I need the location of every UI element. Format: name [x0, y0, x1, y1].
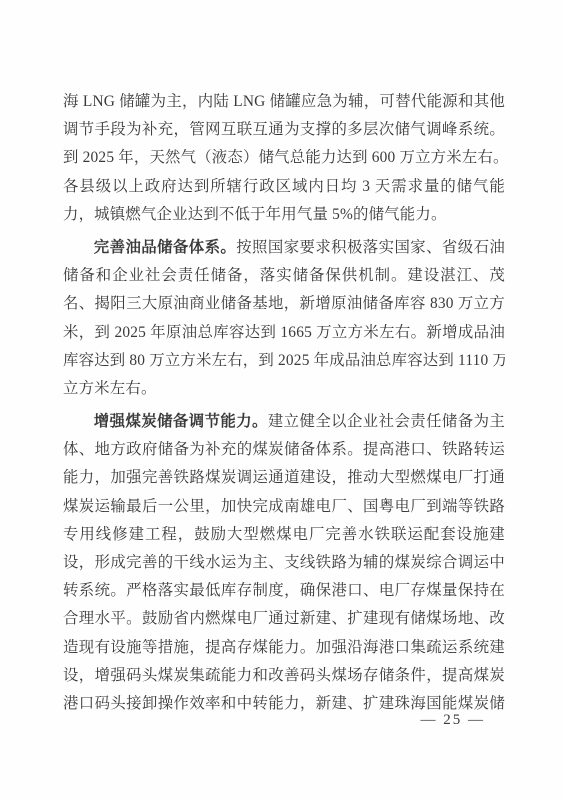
text-run: 建立健全以企业社会责任储备为主: [268, 413, 505, 430]
paragraph-gas-storage: 海 LNG 储罐为主，内陆 LNG 储罐应急为辅，可替代能源和其他 调节手段为补…: [63, 88, 505, 229]
text-line: 库容达到 80 万立方米左右，到 2025 年成品油总库容达到 1110 万: [63, 347, 505, 375]
page-number: — 25 —: [421, 712, 486, 728]
text-line: 煤炭运输最后一公里，加快完成南雄电厂、国粤电厂到端等铁路: [63, 493, 505, 521]
text-line: 力，城镇燃气企业达到不低于年用气量 5%的储气能力。: [63, 201, 505, 229]
page-footer: — 25 —: [421, 710, 486, 730]
text-line: 能力，加强完善铁路煤炭调运通道建设，推动大型燃煤电厂打通: [63, 464, 505, 492]
text-line: 设，增强码头煤炭集疏能力和改善码头煤场存储条件，提高煤炭: [63, 662, 505, 690]
text-line: 立方米左右。: [63, 375, 505, 403]
paragraph-lead-bold: 完善油品储备体系。: [94, 239, 236, 256]
text-line: 海 LNG 储罐为主，内陆 LNG 储罐应急为辅，可替代能源和其他: [63, 88, 505, 116]
body-text: 海 LNG 储罐为主，内陆 LNG 储罐应急为辅，可替代能源和其他 调节手段为补…: [63, 88, 505, 718]
text-line: 调节手段为补充，管网互联互通为支撑的多层次储气调峰系统。: [63, 116, 505, 144]
paragraph-coal-reserve: 增强煤炭储备调节能力。建立健全以企业社会责任储备为主 体、地方政府储备为补充的煤…: [63, 408, 505, 718]
text-line: 增强煤炭储备调节能力。建立健全以企业社会责任储备为主: [63, 408, 505, 436]
paragraph-lead-bold: 增强煤炭储备调节能力。: [94, 413, 268, 430]
text-line: 米，到 2025 年原油总库容达到 1665 万立方米左右。新增成品油: [63, 319, 505, 347]
text-line: 储备和企业社会责任储备，落实储备保供机制。建设湛江、茂: [63, 262, 505, 290]
text-line: 名、揭阳三大原油商业储备基地，新增原油储备库容 830 万立方: [63, 290, 505, 318]
text-run: 按照国家要求积极落实国家、省级石油: [236, 239, 505, 256]
text-line: 设，形成完善的干线水运为主、支线铁路为辅的煤炭综合调运中: [63, 549, 505, 577]
text-line: 转系统。严格落实最低库存制度，确保港口、电厂存煤量保持在: [63, 577, 505, 605]
text-line: 专用线修建工程，鼓励大型燃煤电厂完善水铁联运配套设施建: [63, 521, 505, 549]
text-line: 造现有设施等措施，提高存煤能力。加强沿海港口集疏运系统建: [63, 634, 505, 662]
text-line: 体、地方政府储备为补充的煤炭储备体系。提高港口、铁路转运: [63, 436, 505, 464]
text-line: 各县级以上政府达到所辖行政区域内日均 3 天需求量的储气能: [63, 173, 505, 201]
paragraph-oil-reserve: 完善油品储备体系。按照国家要求积极落实国家、省级石油 储备和企业社会责任储备，落…: [63, 234, 505, 403]
text-line: 到 2025 年，天然气（液态）储气总能力达到 600 万立方米左右。: [63, 144, 505, 172]
document-page: 海 LNG 储罐为主，内陆 LNG 储罐应急为辅，可替代能源和其他 调节手段为补…: [0, 0, 565, 800]
text-line: 完善油品储备体系。按照国家要求积极落实国家、省级石油: [63, 234, 505, 262]
text-line: 合理水平。鼓励省内燃煤电厂通过新建、扩建现有储煤场地、改: [63, 605, 505, 633]
